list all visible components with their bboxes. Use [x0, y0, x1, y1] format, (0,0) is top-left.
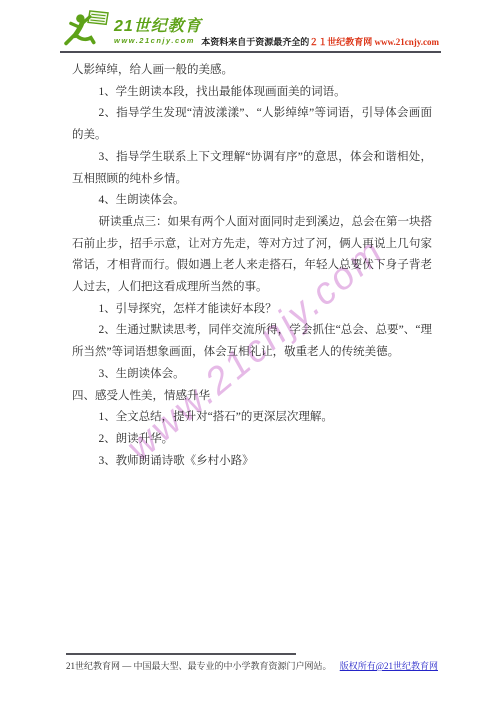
list-item: 2、指导学生发现“清波漾漾”、“人影绰绰”等词语，引导体会画面的美。 — [72, 103, 432, 146]
list-item: 4、生朗读体会。 — [72, 190, 432, 212]
tagline-site-link-text: ２１世纪教育网 www.21cnjy.com — [309, 37, 439, 47]
brand-logo: 21世纪教育 www.21cnjy.com — [64, 10, 202, 52]
paragraph: 人影绰绰，给人画一般的美感。 — [72, 60, 432, 82]
footer-info: 21世纪教育网 — 中国最大型、最专业的中小学教育资源门户网站。 — [66, 659, 332, 672]
section-heading: 四、感受人性美，情感升华 — [72, 386, 432, 408]
list-item: 3、教师朗诵诗歌《乡村小路》 — [72, 451, 432, 473]
list-item: 1、学生朗读本段，找出最能体现画面美的词语。 — [72, 82, 432, 104]
runner-flag-icon — [64, 10, 112, 52]
brand-url: www.21cnjy.com — [114, 36, 202, 45]
list-item: 3、指导学生联系上下文理解“协调有序”的意思，体会和谐相处，互相照顾的纯朴乡情。 — [72, 147, 432, 190]
list-item: 1、全文总结，提升对“搭石”的更深层次理解。 — [72, 407, 432, 429]
page-footer: 21世纪教育网 — 中国最大型、最专业的中小学教育资源门户网站。 版权所有@21… — [66, 653, 438, 672]
list-item: 2、生通过默读思考，同伴交流所得，学会抓住“总会、总要”、“理所当然”等词语想象… — [72, 320, 432, 363]
copyright-link[interactable]: 版权所有@21世纪教育网 — [340, 659, 438, 672]
brand-name: 21世纪教育 — [114, 18, 202, 36]
document-body: 人影绰绰，给人画一般的美感。 1、学生朗读本段，找出最能体现画面美的词语。 2、… — [72, 60, 432, 472]
list-item: 2、朗读升华。 — [72, 429, 432, 451]
paragraph: 研读重点三：如果有两个人面对面同时走到溪边，总会在第一块搭石前止步，招手示意，让… — [72, 212, 432, 299]
header-tagline: 本资料来自于资源最齐全的２１世纪教育网 www.21cnjy.com — [201, 35, 439, 48]
brand-text-block: 21世纪教育 www.21cnjy.com — [114, 18, 202, 45]
tagline-prefix: 本资料来自于资源最齐全的 — [201, 37, 309, 47]
page-header: 21世纪教育 www.21cnjy.com 本资料来自于资源最齐全的２１世纪教育… — [60, 10, 441, 53]
list-item: 1、引导探究，怎样才能读好本段？ — [72, 299, 432, 321]
footer-divider — [66, 653, 296, 655]
list-item: 3、生朗读体会。 — [72, 364, 432, 386]
